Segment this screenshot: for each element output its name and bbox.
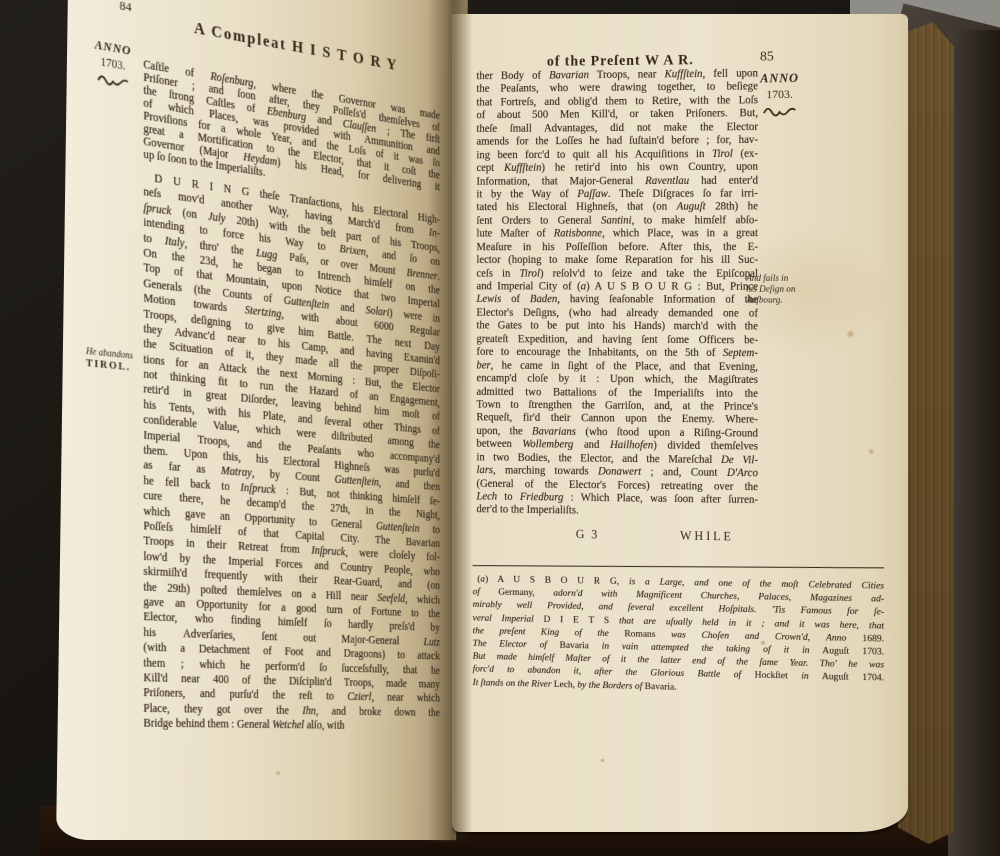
right-body-text: ther Body of Bavarian Troops, near Kuffſ… (476, 68, 758, 521)
text-line: it by the Way of Paſſaw. Theſe Diſgraces… (476, 188, 758, 202)
signature-row: G 3 WHILE (476, 526, 765, 530)
left-margin-anno: ANNO 1703. (86, 36, 140, 92)
anno-year: 1703. (750, 87, 809, 102)
right-page-content: of the Preſent W A R. 85 ANNO 1703. And … (465, 14, 908, 832)
text-line: ſent Orders to General Santini, to make … (476, 214, 758, 228)
margin-squiggle-icon (762, 104, 797, 118)
text-line: lute Maſter of Ratisbonne, which Place, … (476, 228, 758, 242)
text-line: Lewis of Baden, having ſeaſonable Inform… (476, 294, 758, 308)
left-margin-note: He abandons TIROL. (86, 347, 142, 374)
text-line: tated his Electoral Highneſs, that (on A… (476, 201, 758, 215)
gutter-shadow (428, 0, 472, 842)
footnote-text: (a) A U S B O U R G, is a Large, and one… (473, 573, 885, 698)
left-paragraph-during: D U R I N G theſe Tranſactions, his Elec… (143, 170, 439, 734)
text-line: and Imperial City of (a) A U S B O U R G… (476, 281, 758, 295)
text-line: Meaſure in his Poſſeſſion before. After … (476, 241, 758, 254)
left-body-text: Caſtle of Roſenburg, where the Governor … (143, 58, 439, 734)
text-line: lector (hoping to make ſome Reparation f… (476, 254, 758, 267)
text-line: Information, that Major-General Raventla… (476, 174, 758, 188)
right-margin-anno: ANNO 1703. (750, 71, 809, 118)
text-line: the Gates to be put into his Hands) marc… (476, 320, 758, 334)
text-line: encamp'd cloſe by it : Upon which, the M… (476, 372, 758, 387)
left-page-number: 84 (120, 0, 132, 15)
left-page-content: 84 A Compleat H I S T O R Y ANNO 1703. H… (86, 0, 454, 838)
text-line: cept Kuffſtein) he retir'd into his own … (476, 161, 758, 176)
text-line: greateſt Expedition, and having ſent ſom… (476, 333, 758, 347)
book-photo: 84 A Compleat H I S T O R Y ANNO 1703. H… (0, 0, 1000, 856)
anno-label: ANNO (750, 71, 809, 86)
catchword: WHILE (680, 529, 734, 545)
right-page-number: 85 (760, 49, 774, 65)
text-line: fore to encourage the Inhabitants, on th… (476, 346, 758, 361)
text-line: Elector's Deſigns, (who had already dema… (476, 307, 758, 321)
book-cover-spine-edge (948, 30, 1000, 856)
left-page-content-clip: 84 A Compleat H I S T O R Y ANNO 1703. H… (62, 0, 458, 844)
signature-mark: G 3 (576, 527, 599, 542)
footnote-rule (473, 565, 885, 568)
text-line: ceſs in Tirol) reſolv'd to ſeize and tak… (476, 267, 758, 280)
